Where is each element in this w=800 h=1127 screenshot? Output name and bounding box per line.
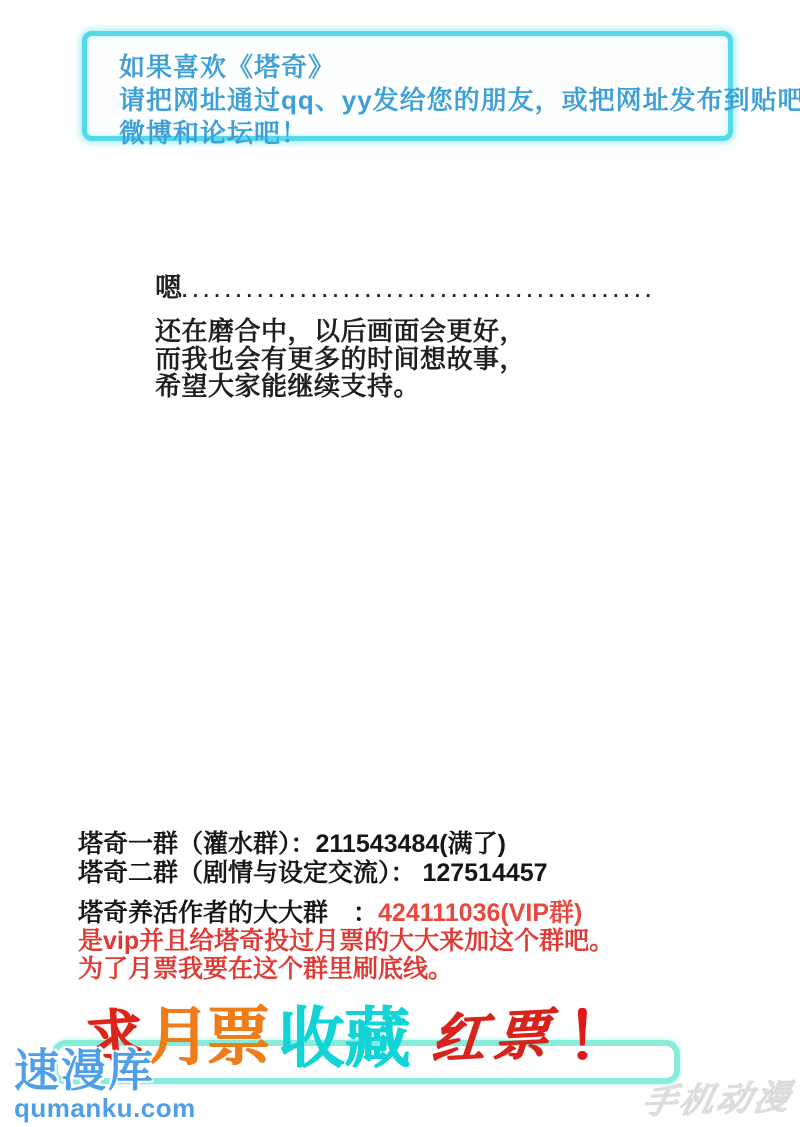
comic-page: 如果喜欢《塔奇》 请把网址通过qq、yy发给您的朋友，或把网址发布到贴吧、 微博… (0, 0, 800, 1127)
author-note-line-2: 而我也会有更多的时间想故事， (155, 346, 526, 374)
share-promo-line-2: 请把网址通过qq、yy发给您的朋友，或把网址发布到贴吧、 (119, 84, 800, 117)
interjection-word: 嗯 (155, 273, 182, 303)
author-note-interjection: 嗯.......................................… (155, 266, 656, 305)
vip-note-2: 为了月票我要在这个群里刷底线。 (78, 955, 614, 983)
site-watermark: 速漫库 qumanku.com (14, 1048, 196, 1121)
cta-word-shoucang: 收藏 (278, 985, 410, 1080)
vip-group-block: 塔奇养活作者的大大群 ：424111036(VIP群) 是vip并且给塔奇投过月… (78, 899, 614, 983)
site-url: qumanku.com (14, 1095, 196, 1121)
author-note-paragraph: 还在磨合中，以后画面会更好， 而我也会有更多的时间想故事， 希望大家能继续支持。 (155, 318, 526, 401)
author-note-line-3: 希望大家能继续支持。 (155, 373, 526, 401)
share-promo-line-1: 如果喜欢《塔奇》 (119, 51, 800, 84)
corner-watermark: 手机动漫 (638, 1069, 798, 1123)
author-note-line-1: 还在磨合中，以后画面会更好， (155, 318, 526, 346)
qq-group-list: 塔奇一群（灌水群）：211543484(满了) 塔奇二群（剧情与设定交流）： 1… (78, 830, 548, 887)
vip-group-number: 424111036(VIP群) (378, 899, 582, 927)
site-logo: 速漫库 (14, 1048, 196, 1093)
share-promo-line-3: 微博和论坛吧！ (119, 117, 800, 150)
cta-exclamation: ！ (566, 986, 630, 1078)
share-promo-text: 如果喜欢《塔奇》 请把网址通过qq、yy发给您的朋友，或把网址发布到贴吧、 微博… (119, 51, 800, 150)
vip-group-line: 塔奇养活作者的大大群 ：424111036(VIP群) (78, 899, 614, 927)
vip-group-label: 塔奇养活作者的大大群 ： (78, 899, 378, 927)
qq-group-2: 塔奇二群（剧情与设定交流）： 127514457 (78, 859, 548, 888)
vip-note-1: 是vip并且给塔奇投过月票的大大来加这个群吧。 (78, 927, 614, 955)
share-promo-box: 如果喜欢《塔奇》 请把网址通过qq、yy发给您的朋友，或把网址发布到贴吧、 微博… (82, 31, 733, 141)
qq-group-1: 塔奇一群（灌水群）：211543484(满了) (78, 830, 548, 859)
trailing-dots: ........................................… (182, 281, 656, 302)
cta-word-hongpiao: 红票 (428, 990, 560, 1073)
